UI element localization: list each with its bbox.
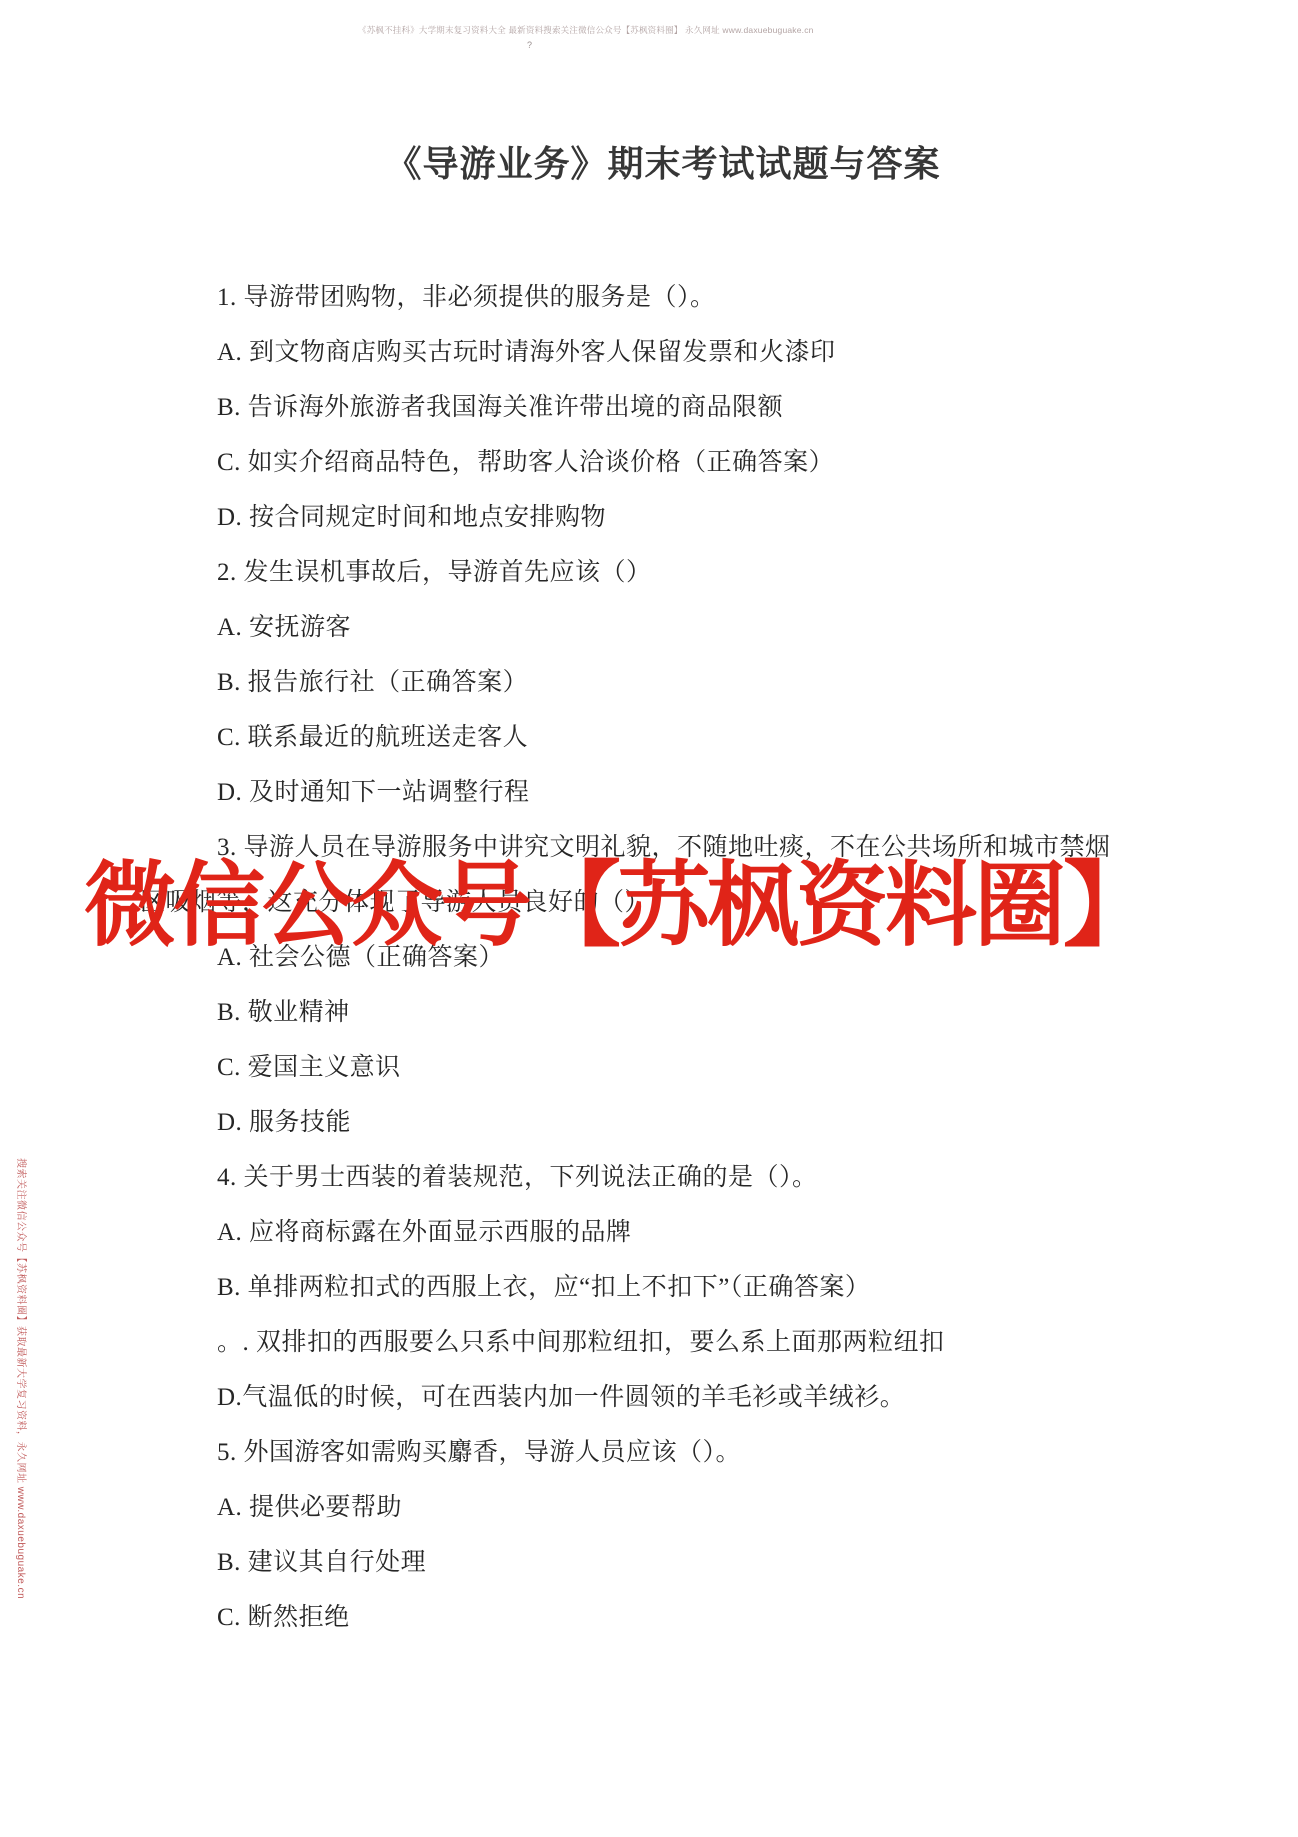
option-line: C. 断然拒绝 bbox=[140, 1587, 1258, 1642]
option-line: D. 按合同规定时间和地点安排购物 bbox=[140, 487, 1258, 542]
option-line: A. 安抚游客 bbox=[140, 597, 1258, 652]
option-line: B. 报告旅行社（正确答案） bbox=[140, 652, 1258, 707]
option-line: B. 告诉海外旅游者我国海关准许带出境的商品限额 bbox=[140, 377, 1258, 432]
option-line: C. 联系最近的航班送走客人 bbox=[140, 707, 1258, 762]
option-line: A. 到文物商店购买古玩时请海外客人保留发票和火漆印 bbox=[140, 322, 1258, 377]
option-line: D. 及时通知下一站调整行程 bbox=[140, 762, 1258, 817]
option-line: D. 服务技能 bbox=[140, 1092, 1258, 1147]
option-line: C. 如实介绍商品特色，帮助客人洽谈价格（正确答案） bbox=[140, 432, 1258, 487]
option-line: C. 爱国主义意识 bbox=[140, 1037, 1258, 1092]
exam-document-page: 《苏枫不挂科》大学期末复习资料大全 最新资料搜索关注微信公众号【苏枫资料圈】 永… bbox=[0, 0, 1298, 1837]
option-line: B. 敬业精神 bbox=[140, 982, 1258, 1037]
header-stray-mark: ? bbox=[527, 40, 532, 50]
option-line: D.气温低的时候，可在西装内加一件圆领的羊毛衫或羊绒衫。 bbox=[140, 1367, 1258, 1422]
question-stem-line: 4. 关于男士西装的着装规范，下列说法正确的是（）。 bbox=[140, 1147, 1258, 1202]
question-stem-line: 2. 发生误机事故后，导游首先应该（） bbox=[140, 542, 1258, 597]
question-stem-line: 5. 外国游客如需购买麝香，导游人员应该（）。 bbox=[140, 1422, 1258, 1477]
header-promo-text: 《苏枫不挂科》大学期末复习资料大全 最新资料搜索关注微信公众号【苏枫资料圈】 永… bbox=[358, 24, 814, 36]
option-line: B. 单排两粒扣式的西服上衣，应“扣上不扣下”（正确答案） bbox=[140, 1257, 1258, 1312]
option-line: 。. 双排扣的西服要么只系中间那粒纽扣，要么系上面那两粒纽扣 bbox=[140, 1312, 1258, 1367]
option-line: A. 提供必要帮助 bbox=[140, 1477, 1258, 1532]
option-line: A. 应将商标露在外面显示西服的品牌 bbox=[140, 1202, 1258, 1257]
document-title: 《导游业务》期末考试试题与答案 bbox=[0, 136, 1298, 188]
question-stem-line: 1. 导游带团购物，非必须提供的服务是（）。 bbox=[140, 267, 1258, 322]
side-vertical-promo-text: 搜索关注微信公众号【苏枫资料圈】获取最新大学复习资料，永久网址 www.daxu… bbox=[15, 1158, 30, 1599]
watermark-text: 微信公众号【苏枫资料圈】 bbox=[84, 858, 1152, 955]
option-line: B. 建议其自行处理 bbox=[140, 1532, 1258, 1587]
